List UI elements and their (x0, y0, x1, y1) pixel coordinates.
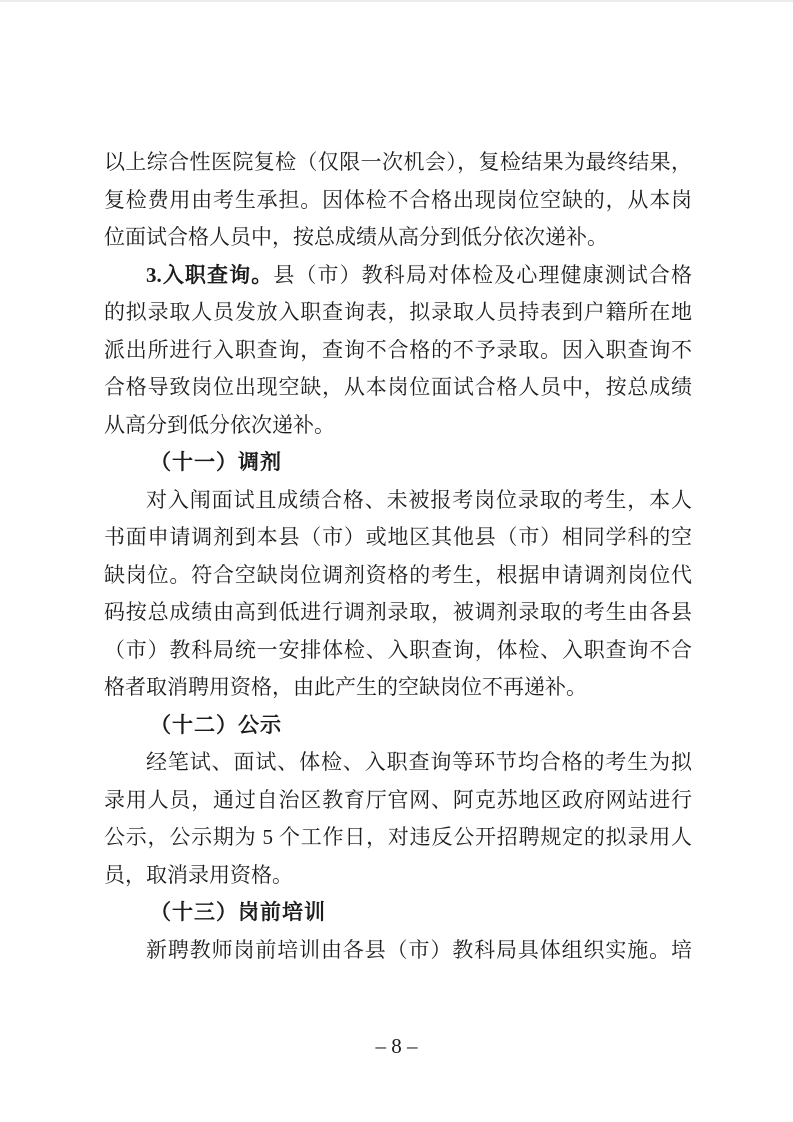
section-heading: （十一）调剂 (104, 444, 692, 482)
text-line: 新聘教师岗前培训由各县（市）教科局具体组织实施。培 (104, 932, 692, 970)
bold-run: 3.入职查询。 (146, 263, 273, 287)
page-number: – 8 – (0, 1031, 793, 1061)
paragraph: 新聘教师岗前培训由各县（市）教科局具体组织实施。培 (104, 932, 692, 970)
text-line: （市）教科局统一安排体检、入职查询，体检、入职查询不合 (104, 632, 692, 670)
text-line: 以上综合性医院复检（仅限一次机会），复检结果为最终结果， (104, 144, 692, 182)
text-line: 派出所进行入职查询，查询不合格的不予录取。因入职查询不 (104, 332, 692, 370)
text-line: 公示，公示期为 5 个工作日，对违反公开招聘规定的拟录用人 (104, 819, 692, 857)
text-line: 合格导致岗位出现空缺，从本岗位面试合格人员中，按总成绩 (104, 369, 692, 407)
text-line: 从高分到低分依次递补。 (104, 407, 692, 445)
text-line: 录用人员，通过自治区教育厅官网、阿克苏地区政府网站进行 (104, 782, 692, 820)
page-top-edge (0, 0, 793, 2)
text-line: 复检费用由考生承担。因体检不合格出现岗位空缺的，从本岗 (104, 182, 692, 220)
document-body: 以上综合性医院复检（仅限一次机会），复检结果为最终结果，复检费用由考生承担。因体… (104, 144, 692, 969)
text-line: 格者取消聘用资格，由此产生的空缺岗位不再递补。 (104, 669, 692, 707)
text-line: 缺岗位。符合空缺岗位调剂资格的考生，根据申请调剂岗位代 (104, 557, 692, 595)
paragraph: 对入闱面试且成绩合格、未被报考岗位录取的考生，本人书面申请调剂到本县（市）或地区… (104, 482, 692, 707)
text-line: 书面申请调剂到本县（市）或地区其他县（市）相同学科的空 (104, 519, 692, 557)
paragraph: 3.入职查询。县（市）教科局对体检及心理健康测试合格的拟录取人员发放入职查询表，… (104, 257, 692, 445)
text-line: 位面试合格人员中，按总成绩从高分到低分依次递补。 (104, 219, 692, 257)
document-page: 以上综合性医院复检（仅限一次机会），复检结果为最终结果，复检费用由考生承担。因体… (0, 0, 793, 1122)
text-line: 3.入职查询。县（市）教科局对体检及心理健康测试合格 (104, 257, 692, 295)
text-line: 对入闱面试且成绩合格、未被报考岗位录取的考生，本人 (104, 482, 692, 520)
text-line: 员，取消录用资格。 (104, 857, 692, 895)
section-heading: （十二）公示 (104, 707, 692, 745)
paragraph: 以上综合性医院复检（仅限一次机会），复检结果为最终结果，复检费用由考生承担。因体… (104, 144, 692, 257)
text-line: 码按总成绩由高到低进行调剂录取，被调剂录取的考生由各县 (104, 594, 692, 632)
paragraph: 经笔试、面试、体检、入职查询等环节均合格的考生为拟录用人员，通过自治区教育厅官网… (104, 744, 692, 894)
text-line: 的拟录取人员发放入职查询表，拟录取人员持表到户籍所在地 (104, 294, 692, 332)
text-run: 县（市）教科局对体检及心理健康测试合格 (273, 263, 692, 287)
heading-line: （十三）岗前培训 (104, 894, 692, 932)
text-line: 经笔试、面试、体检、入职查询等环节均合格的考生为拟 (104, 744, 692, 782)
heading-line: （十一）调剂 (104, 444, 692, 482)
heading-line: （十二）公示 (104, 707, 692, 745)
section-heading: （十三）岗前培训 (104, 894, 692, 932)
